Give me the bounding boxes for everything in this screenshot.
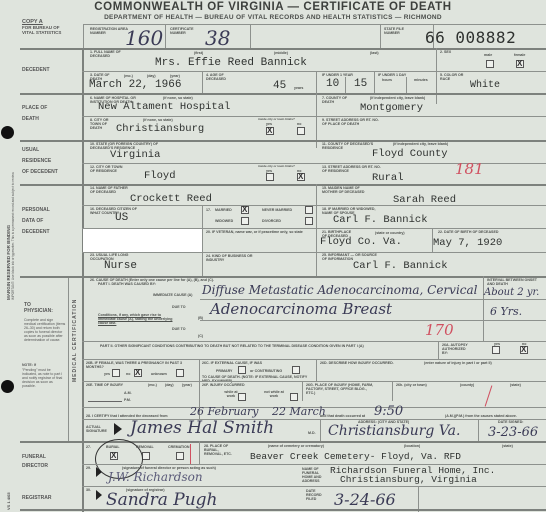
age-label: 4. AGE OF DECEASED [206, 73, 236, 81]
copy-label: COPY A FOR BUREAU OF VITAL STATISTICS [22, 19, 70, 36]
burial-place-value: Beaver Creek Cemetery- Floyd, Va. RFD [250, 451, 461, 462]
widowed-checkbox[interactable] [241, 217, 249, 225]
section-residence-2: RESIDENCE [22, 156, 51, 167]
section-place-of-death-1: PLACE OF [22, 103, 47, 114]
section-medical-certification: MEDICAL CERTIFICATION [72, 299, 78, 382]
section-place-of-death-2: DEATH [22, 114, 39, 125]
full-name-label: 1. FULL NAME OF DECEASED [90, 50, 130, 58]
veteran-label: 20. IF VETERAN, name war, or if peacetim… [206, 230, 306, 234]
director-sig-label: 29. [86, 466, 91, 470]
rule [82, 252, 546, 253]
cause-c-label: (C) [198, 334, 203, 338]
dod-month-label: (mo.) [124, 74, 133, 78]
rule [82, 205, 546, 206]
due-to-label-2: DUE TO [172, 327, 186, 331]
red-annotation-181: 181 [455, 160, 484, 178]
redacted-region [83, 229, 202, 252]
color-label: 5. COLOR OR RACE [440, 73, 468, 81]
divider [345, 77, 346, 93]
funeral-home-label: NAME OF FUNERAL HOME AND ADDRESS [302, 467, 324, 483]
pregnancy-yes-checkbox[interactable] [112, 369, 120, 377]
divider [392, 381, 393, 401]
copy-sub-label: FOR BUREAU OF VITAL STATISTICS [22, 25, 70, 35]
red-tick-mark [190, 444, 191, 464]
rule [20, 441, 546, 443]
immediate-cause-label: IMMEDIATE CAUSE (A) [153, 293, 192, 297]
city-of-residence-value: Floyd [144, 170, 176, 182]
certificate-number: 38 [205, 26, 230, 50]
res-inside-city-yes-checkbox[interactable] [266, 173, 274, 181]
section-personal-1: PERSONAL [22, 205, 50, 216]
not-while-at-work-label: not while at work [260, 390, 288, 398]
autopsy-yes-checkbox[interactable] [492, 346, 500, 354]
punch-hole-bottom [1, 380, 14, 393]
while-at-work-checkbox[interactable] [238, 393, 246, 401]
county-of-death-label: 7. COUNTY OF DEATH [322, 96, 352, 104]
certificate-title: COMMONWEALTH OF VIRGINIA — CERTIFICATE O… [0, 1, 546, 13]
color-value: White [470, 80, 500, 91]
burial-place-sub: (name of cemetery or crematory) [268, 444, 324, 448]
married-label: MARRIED [215, 208, 232, 212]
section-personal-2: DATA OF [22, 216, 43, 227]
spouse-value: Carl F. Bannick [333, 214, 428, 226]
pregnancy-unknown-checkbox[interactable] [176, 369, 184, 377]
county-of-residence-note: (if independent city, leave blank) [393, 142, 448, 146]
father-label: 14. NAME OF FATHER OF DECEASED [90, 186, 130, 194]
rule [82, 116, 546, 117]
divorced-label: DIVORCED [262, 219, 281, 223]
date-of-death-value: March 22, 1966 [89, 79, 181, 91]
hours-label: hours [382, 78, 392, 82]
sex-female-checkbox[interactable] [516, 60, 524, 68]
divider [165, 24, 166, 48]
sex-female-label: female [514, 53, 525, 57]
autopsy-no-checkbox[interactable] [520, 346, 528, 354]
to-physician-2: PHYSICIAN: [24, 308, 53, 314]
external-cause-label: 26c. IF EXTERNAL CAUSE, IF WAS [202, 361, 262, 365]
age-days-value: 15 [354, 78, 367, 90]
divider [483, 276, 484, 341]
res-inside-city-label: inside city or town limits? [258, 164, 295, 168]
time-of-injury-label: 26e. TIME OF INJURY [86, 383, 123, 387]
sign-here-arrow-icon [114, 423, 122, 435]
business-label: 24. KIND OF BUSINESS OR INDUSTRY [206, 254, 258, 262]
external-primary-label: PRIMARY [216, 369, 232, 373]
mother-label: 15. MAIDEN NAME OF MOTHER OF DECEASED [322, 186, 374, 194]
section-registrar: REGISTRAR [22, 493, 51, 504]
pregnancy-label: 26b. IF FEMALE, WAS THERE A PREGNANCY IN… [86, 361, 196, 369]
birthplace-note: (state or country) [375, 231, 405, 235]
rule [20, 93, 546, 95]
registrar-signature[interactable]: Sandra Pugh [106, 490, 218, 510]
dob-label: 22. DATE OF BIRTH OF DECEASED [438, 230, 528, 234]
toi-year-label: (year) [182, 383, 192, 387]
occupation-value: Nurse [104, 260, 137, 272]
cause-b-value: Adenocarcinoma Breast [210, 300, 392, 318]
rule [82, 71, 546, 72]
county-of-death-value: Montgomery [360, 102, 423, 114]
divider [436, 48, 437, 104]
inside-city-label: inside city or town limits? [258, 117, 295, 121]
section-residence-1: USUAL [22, 145, 39, 156]
inside-city-yes-checkbox[interactable] [266, 127, 274, 135]
sign-here-arrow-icon [96, 490, 102, 500]
pregnancy-no-label: no [126, 372, 130, 376]
injury-county-label: (county) [460, 383, 474, 387]
injury-city-label: 26h. (city or town) [396, 383, 427, 387]
minutes-label: minutes [414, 78, 428, 82]
disposition-label: 27. [86, 445, 91, 449]
divider [438, 341, 439, 359]
date-signed-value: 3-23-66 [488, 425, 538, 440]
md-label: M.D. [308, 431, 316, 435]
physician-note: Complete and sign medical certification … [24, 318, 66, 342]
physician-signature[interactable]: James Hal Smith [130, 418, 274, 438]
pregnancy-no-checkbox[interactable] [134, 369, 142, 377]
dod-day-label: (day) [147, 74, 156, 78]
external-primary-checkbox[interactable] [238, 366, 246, 374]
city-of-death-label: 8. CITY OR TOWN OF DEATH [90, 118, 118, 130]
registration-area-number: 160 [125, 26, 163, 50]
registrar-sig-label: 30. [86, 488, 91, 492]
divider [406, 77, 407, 93]
date-signed-label: DATE SIGNED: [498, 420, 524, 424]
divider [250, 24, 251, 48]
divider [478, 419, 479, 441]
external-contributing-label: or CONTRIBUTING [250, 369, 282, 373]
registration-area-label: REGISTRATION AREA NUMBER [90, 27, 130, 35]
pregnancy-yes-label: yes [104, 372, 110, 376]
pending-head: NOTE: If [22, 363, 66, 367]
street-of-death-label: 9. STREET ADDRESS OR RT. NO. OF PLACE OF… [322, 118, 382, 126]
county-of-death-note: (if independent city, leave blank) [370, 96, 425, 100]
age-years-value: 45 [273, 80, 286, 92]
burial-location-label: (location) [404, 444, 420, 448]
marital-label: 17. [206, 208, 211, 212]
place-of-injury-label: 26g. PLACE OF INJURY (home, farm, factor… [306, 383, 376, 395]
burial-place-label: 28. PLACE OF BURIAL, REMOVAL, ETC. [204, 444, 234, 456]
conditions-note: Conditions, if any, which gave rise to i… [98, 313, 173, 325]
interval-label: INTERVAL BETWEEN ONSET AND DEATH [487, 278, 543, 286]
sex-label: 2. SEX [440, 50, 451, 54]
rule [82, 359, 546, 360]
form-code: VS 1 4/65 [6, 492, 11, 510]
under-1-year-label: IF UNDER 1 YEAR [322, 73, 353, 77]
section-funeral-2: DIRECTOR [22, 461, 48, 472]
city-of-death-note: (if none, so state) [143, 118, 173, 122]
describe-injury-note: (enter nature of injury in part I or par… [424, 361, 492, 365]
inside-city-no-checkbox[interactable] [297, 127, 305, 135]
rule [82, 341, 546, 342]
widowed-label: WIDOWED [215, 219, 233, 223]
rule [82, 381, 546, 382]
last-label: (last) [370, 51, 379, 55]
section-residence-3: OF DECEDENT [22, 167, 58, 178]
cremation-label: CREMATION [168, 445, 190, 449]
sign-here-arrow-icon [96, 467, 102, 477]
res-inside-city-no-checkbox[interactable] [297, 173, 305, 181]
divider [202, 71, 203, 93]
hospital-value: New Altament Hospital [98, 101, 230, 113]
funeral-home-line2: Christiansburg, Virginia [340, 474, 477, 485]
state-file-label: STATE FILE NUMBER [384, 27, 414, 35]
sex-male-checkbox[interactable] [486, 60, 494, 68]
date-filed-value: 3-24-66 [334, 490, 396, 509]
street-of-residence-value: Rural [372, 172, 404, 184]
attended-from-value: 26 February [190, 405, 258, 418]
dob-value: May 7, 1920 [433, 237, 502, 249]
rule [82, 486, 546, 487]
sex-male-label: male [484, 53, 492, 57]
toi-day-label: (day) [165, 383, 174, 387]
injury-occurred-label: 26f. INJURY OCCURRED [202, 383, 245, 387]
divider [199, 441, 200, 464]
pending-note: "Pending" must be indicated, as note to … [22, 368, 66, 388]
cause-a-value: Diffuse Metastatic Adenocarcinoma, Cervi… [202, 283, 478, 297]
autopsy-label: 26a. AUTOPSY AUTHORIZED BY: [442, 343, 472, 355]
injury-state-label: (state) [510, 383, 521, 387]
informant-value: Carl F. Bannick [353, 260, 448, 272]
part2-label: PART II. OTHER SIGNIFICANT CONDITIONS CO… [100, 344, 430, 348]
divider [302, 381, 303, 401]
hospital-note: (if none, so state) [163, 96, 193, 100]
attended-to-value: 22 March [272, 405, 326, 418]
birthplace-value: Floyd Co. Va. [320, 236, 402, 248]
never-married-checkbox[interactable] [305, 206, 313, 214]
divider [68, 278, 69, 441]
divorced-checkbox[interactable] [305, 217, 313, 225]
am-label: A.M. [124, 391, 132, 395]
divider [320, 419, 321, 441]
cremation-checkbox[interactable] [176, 452, 184, 460]
date-filed-label: DATE RECORD FILED [306, 489, 328, 501]
age-months-value: 10 [326, 78, 339, 90]
rule [20, 509, 546, 511]
rule [200, 320, 546, 321]
city-of-death-value: Christiansburg [116, 123, 204, 135]
under-1-day-label: IF UNDER 1 DAY [378, 73, 406, 77]
middle-label: (middle) [274, 51, 288, 55]
margin-important-text: IMPORTANT: Use black ink or typewriter. … [11, 172, 15, 300]
department-subtitle: DEPARTMENT OF HEALTH — BUREAU OF VITAL R… [0, 14, 546, 21]
divider [316, 359, 317, 381]
describe-injury-label: 26d. DESCRIBE HOW INJURY OCCURRED. [320, 361, 394, 365]
toi-month-label: (mo.) [148, 383, 157, 387]
interval-a-value: About 2 yr. [484, 287, 539, 298]
citizen-value: US [115, 212, 128, 224]
divider [316, 184, 317, 276]
external-contributing-checkbox[interactable] [292, 366, 300, 374]
never-married-label: NEVER MARRIED [262, 208, 292, 212]
father-value: Crockett Reed [130, 193, 212, 205]
age-years-unit: years [294, 86, 303, 90]
city-of-residence-label: 12. CITY OR TOWN OF RESIDENCE [90, 165, 128, 173]
part1-label: PART I. DEATH WAS CAUSED BY: [98, 282, 156, 286]
director-signature[interactable]: J.W. Richardson [108, 470, 203, 484]
due-to-label-1: DUE TO [172, 305, 186, 309]
married-checkbox[interactable] [241, 206, 249, 214]
full-name-value: Mrs. Effie Reed Bannick [155, 57, 307, 69]
red-slash-mark [485, 385, 493, 406]
burial-state-label: (state) [502, 444, 513, 448]
pregnancy-unknown-label: unknown [151, 372, 167, 376]
physician-address: Christiansburg Va. [328, 423, 460, 439]
punch-hole-top [1, 126, 14, 139]
first-label: (first) [194, 51, 203, 55]
pm-label: P.M. [124, 398, 131, 402]
county-of-residence-value: Floyd County [372, 148, 448, 160]
interval-b-value: 6 Yrs. [490, 305, 522, 318]
death-time-value: 9:50 [374, 404, 403, 419]
time-line [88, 401, 122, 402]
state-of-residence-value: Virginia [110, 149, 160, 161]
not-while-at-work-checkbox[interactable] [290, 393, 298, 401]
removal-checkbox[interactable] [142, 452, 150, 460]
certificate-number-label: CERTIFICATE NUMBER [170, 27, 205, 35]
red-annotation-170: 170 [425, 321, 454, 339]
section-decedent: DECEDENT [22, 65, 50, 76]
death-time-suffix: (A.M.)(P.M.) from the causes stated abov… [445, 414, 545, 418]
inside-no-label: no [297, 122, 301, 126]
divider [316, 71, 317, 93]
section-personal-3: DECEDENT [22, 227, 50, 238]
death-certificate: COMMONWEALTH OF VIRGINIA — CERTIFICATE O… [0, 0, 546, 512]
divider [202, 205, 203, 276]
dod-year-label: (year) [170, 74, 180, 78]
signature-label: ACTUAL SIGNATURE [86, 425, 111, 433]
divider [374, 71, 375, 93]
state-file-number: 66 008882 [425, 28, 516, 47]
death-occurred-label: and that death occurred at [320, 414, 365, 418]
